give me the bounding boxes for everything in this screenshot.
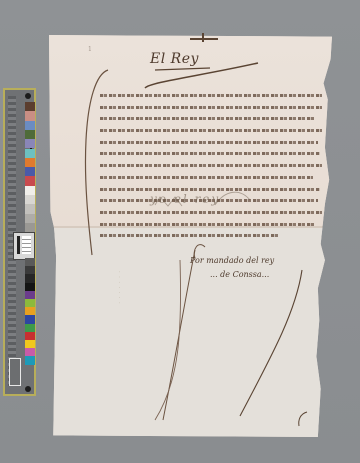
color-swatch	[25, 324, 35, 332]
color-swatch	[25, 214, 35, 223]
signature-line-1: Por mandado del rey	[190, 256, 274, 265]
color-swatch	[25, 195, 35, 204]
royal-rubric: yo el rey	[150, 192, 220, 206]
manuscript-text-line	[100, 207, 322, 216]
target-label	[13, 232, 35, 260]
letter-body-text	[100, 90, 322, 242]
color-swatch	[25, 176, 35, 185]
manuscript-text-line	[100, 90, 322, 99]
color-calibration-target	[3, 88, 36, 396]
color-swatch	[25, 283, 35, 291]
color-swatch	[25, 315, 35, 323]
manuscript-text-line	[100, 219, 315, 228]
color-swatch	[25, 139, 35, 148]
manuscript-text-line	[100, 137, 318, 146]
barcode-bar	[17, 236, 20, 254]
target-id-tag	[9, 358, 21, 386]
manuscript-text-line	[100, 125, 322, 134]
color-swatch	[25, 186, 35, 195]
signature-line-2: ... de Conssa...	[210, 270, 269, 279]
manuscript-text-line	[100, 160, 322, 169]
pencil-annotation: · · · · · · ·	[117, 270, 123, 304]
color-swatch	[25, 356, 35, 364]
color-swatch	[25, 111, 35, 120]
manuscript-text-line	[100, 230, 278, 239]
manuscript-text-line	[100, 172, 313, 181]
color-swatch	[25, 223, 35, 232]
color-swatch	[25, 130, 35, 139]
color-swatch	[25, 167, 35, 176]
letter-heading: El Rey	[150, 51, 199, 67]
color-swatch	[25, 348, 35, 356]
color-swatch	[25, 274, 35, 282]
manuscript-text-line	[100, 102, 322, 111]
gray-grid	[22, 236, 31, 254]
color-swatch	[25, 121, 35, 130]
registration-dot-top	[25, 93, 31, 99]
color-swatch	[25, 149, 35, 158]
color-swatch	[25, 204, 35, 213]
color-swatch	[25, 307, 35, 315]
color-swatch	[25, 299, 35, 307]
color-swatch	[25, 266, 35, 274]
folio-number: 1	[88, 46, 92, 53]
cross-mark	[190, 38, 218, 40]
color-swatch	[25, 332, 35, 340]
color-swatch	[25, 102, 35, 111]
registration-dot-bottom	[25, 386, 31, 392]
color-swatch	[25, 258, 35, 266]
color-swatch	[25, 158, 35, 167]
manuscript-text-line	[100, 148, 320, 157]
color-swatch	[25, 291, 35, 299]
color-swatch	[25, 340, 35, 348]
manuscript-text-line	[100, 113, 315, 122]
